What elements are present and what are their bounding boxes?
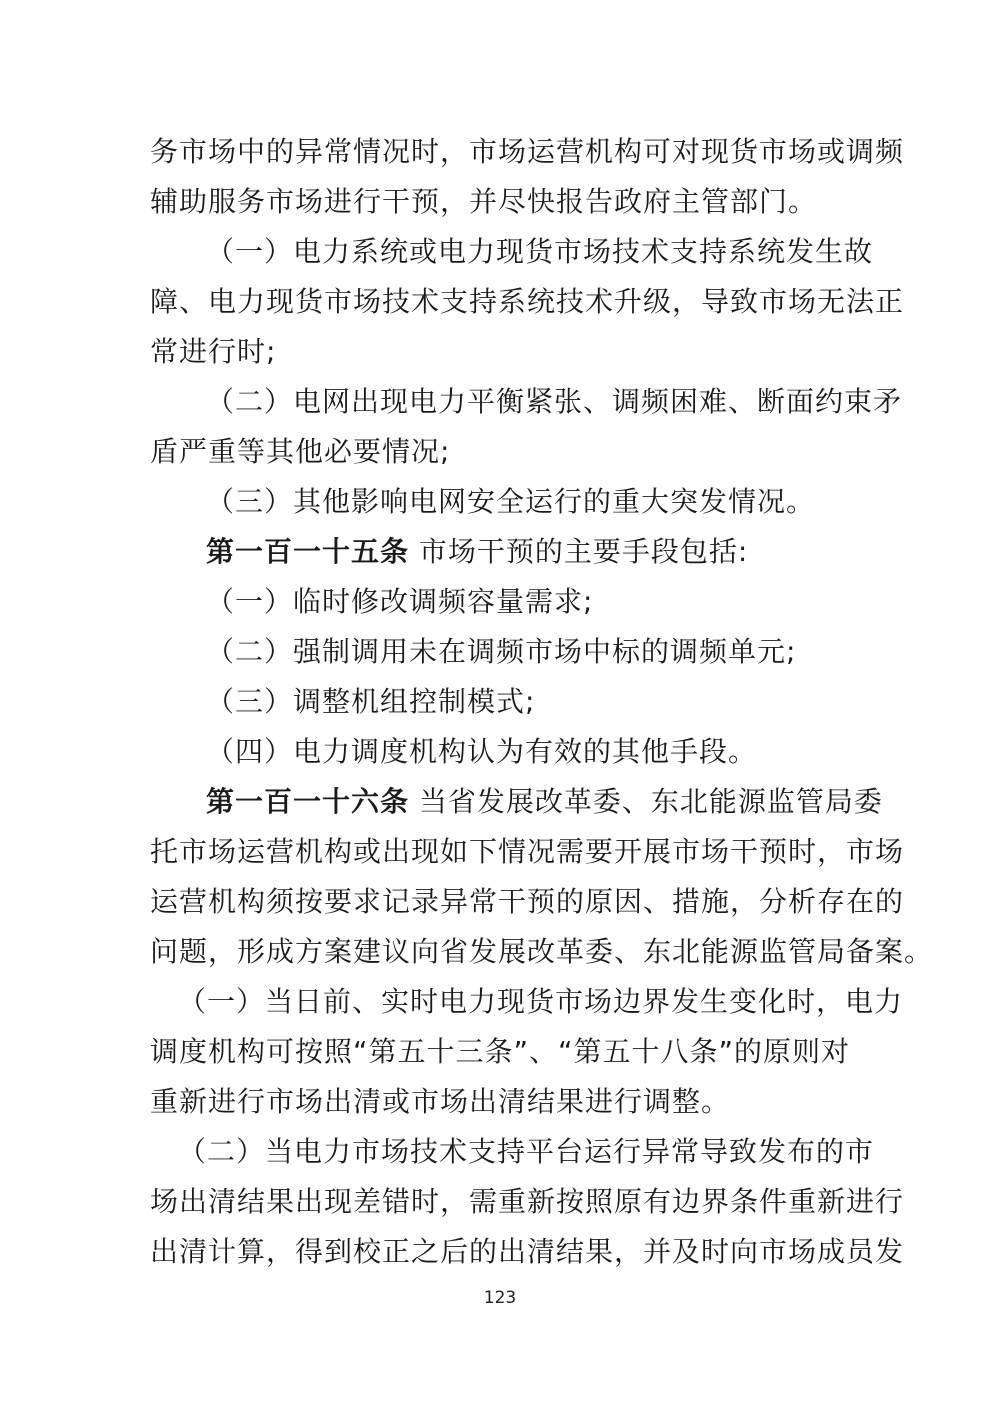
text-line: 场出清结果出现差错时，需重新按照原有边界条件重新进行 xyxy=(150,1178,850,1226)
article-number: 第一百一十五条 xyxy=(206,535,409,568)
text-line: 运营机构须按要求记录异常干预的原因、措施，分析存在的 xyxy=(150,878,850,926)
text-line: 盾严重等其他必要情况; xyxy=(150,428,450,476)
text-line: 调度机构可按照“第五十三条”、“第五十八条”的原则对 xyxy=(150,1028,850,1076)
text-line: 问题，形成方案建议向省发展改革委、东北能源监管局备案。 xyxy=(150,928,850,976)
article-number: 第一百一十六条 xyxy=(206,785,409,818)
text-line: 常进行时; xyxy=(150,328,276,376)
text-line: （二）强制调用未在调频市场中标的调频单元; xyxy=(206,628,796,676)
text-line: 出清计算，得到校正之后的出清结果，并及时向市场成员发 xyxy=(150,1228,850,1276)
text-line: 托市场运营机构或出现如下情况需要开展市场干预时，市场 xyxy=(150,828,850,876)
text-line: （一）当日前、实时电力现货市场边界发生变化时，电力 xyxy=(178,978,850,1026)
article-text: 当省发展改革委、东北能源监管局委 xyxy=(409,785,883,818)
text-line: （二）当电力市场技术支持平台运行异常导致发布的市 xyxy=(178,1128,850,1176)
article-heading-line: 第一百一十五条 市场干预的主要手段包括: xyxy=(206,528,748,576)
text-line: （二）电网出现电力平衡紧张、调频困难、断面约束矛 xyxy=(206,378,850,426)
text-line: 辅助服务市场进行干预，并尽快报告政府主管部门。 xyxy=(150,178,817,226)
text-line: 障、电力现货市场技术支持系统技术升级，导致市场无法正 xyxy=(150,278,850,326)
article-heading-line: 第一百一十六条 当省发展改革委、东北能源监管局委 xyxy=(206,778,850,826)
text-line: （一）临时修改调频容量需求; xyxy=(206,578,593,626)
article-text: 市场干预的主要手段包括: xyxy=(409,535,748,568)
text-line: （三）调整机组控制模式; xyxy=(206,678,535,726)
text-line: 重新进行市场出清或市场出清结果进行调整。 xyxy=(150,1078,730,1126)
text-line: （三）其他影响电网安全运行的重大突发情况。 xyxy=(206,478,815,526)
text-line: （四）电力调度机构认为有效的其他手段。 xyxy=(206,728,757,776)
page-number: 123 xyxy=(0,1288,1000,1308)
text-line: 务市场中的异常情况时，市场运营机构可对现货市场或调频 xyxy=(150,128,850,176)
text-line: （一）电力系统或电力现货市场技术支持系统发生故 xyxy=(206,228,850,276)
